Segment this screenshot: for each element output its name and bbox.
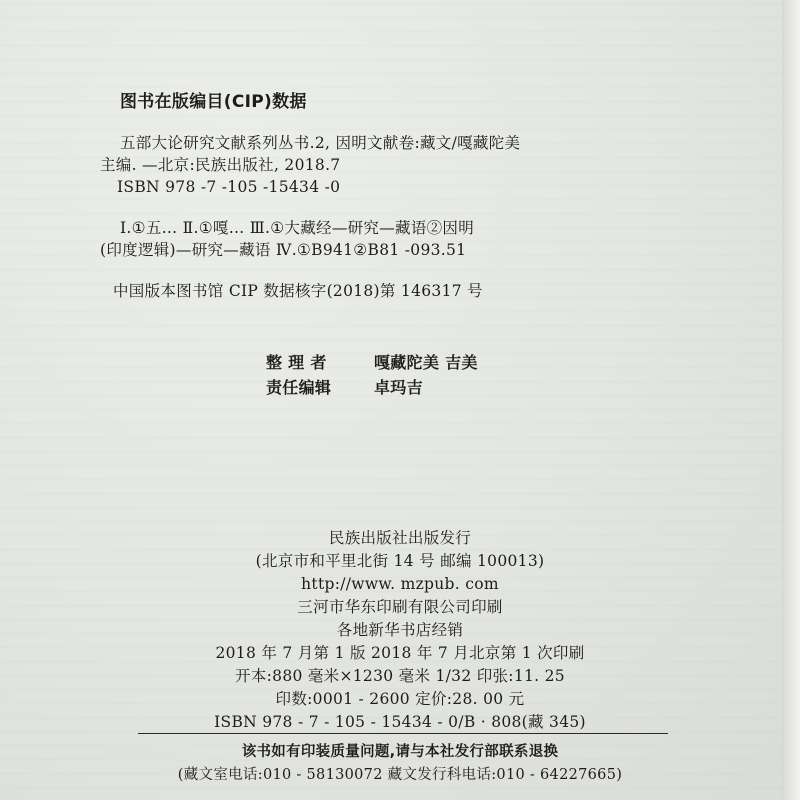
editor-names: 嘎藏陀美 吉美 [374,353,478,373]
cip-publisher-line: 主编. —北京:民族出版社, 2018.7 [100,155,340,175]
format-info: 开本:880 毫米×1230 毫米 1/32 印张:11. 25 [0,666,800,686]
responsible-editor-name: 卓玛吉 [374,378,423,398]
quality-notice: 该书如有印装质量问题,请与本社发行部联系退换 [0,742,800,762]
editor-label: 整 理 者 [266,353,327,373]
publisher: 民族出版社出版发行 [0,528,800,548]
cip-classification-1: Ⅰ.①五… Ⅱ.①嘎… Ⅲ.①大藏经—研究—藏语②因明 [120,218,474,238]
contact-phones: (藏文室电话:010 - 58130072 藏文发行科电话:010 - 6422… [0,765,800,785]
publisher-url: http://www. mzpub. com [0,574,800,594]
printer: 三河市华东印刷有限公司印刷 [0,597,800,617]
distributor: 各地新华书店经销 [0,620,800,640]
cip-verification-number: 中国版本图书馆 CIP 数据核字(2018)第 146317 号 [113,281,483,301]
full-isbn: ISBN 978 - 7 - 105 - 15434 - 0/B · 808(藏… [0,712,800,732]
edition-info: 2018 年 7 月第 1 版 2018 年 7 月北京第 1 次印刷 [0,643,800,663]
cip-isbn: ISBN 978 -7 -105 -15434 -0 [117,177,340,197]
publisher-address: (北京市和平里北街 14 号 邮编 100013) [0,551,800,571]
responsible-editor-label: 责任编辑 [266,378,331,398]
cip-classification-2: (印度逻辑)—研究—藏语 Ⅳ.①B941②B81 -093.51 [100,240,466,260]
print-run-price: 印数:0001 - 2600 定价:28. 00 元 [0,689,800,709]
book-copyright-page: 图书在版编目(CIP)数据 五部大论研究文献系列丛书.2, 因明文献卷:藏文/嘎… [0,0,800,800]
divider-rule [138,733,668,734]
cip-heading: 图书在版编目(CIP)数据 [120,92,307,112]
cip-series-line: 五部大论研究文献系列丛书.2, 因明文献卷:藏文/嘎藏陀美 [120,133,520,153]
